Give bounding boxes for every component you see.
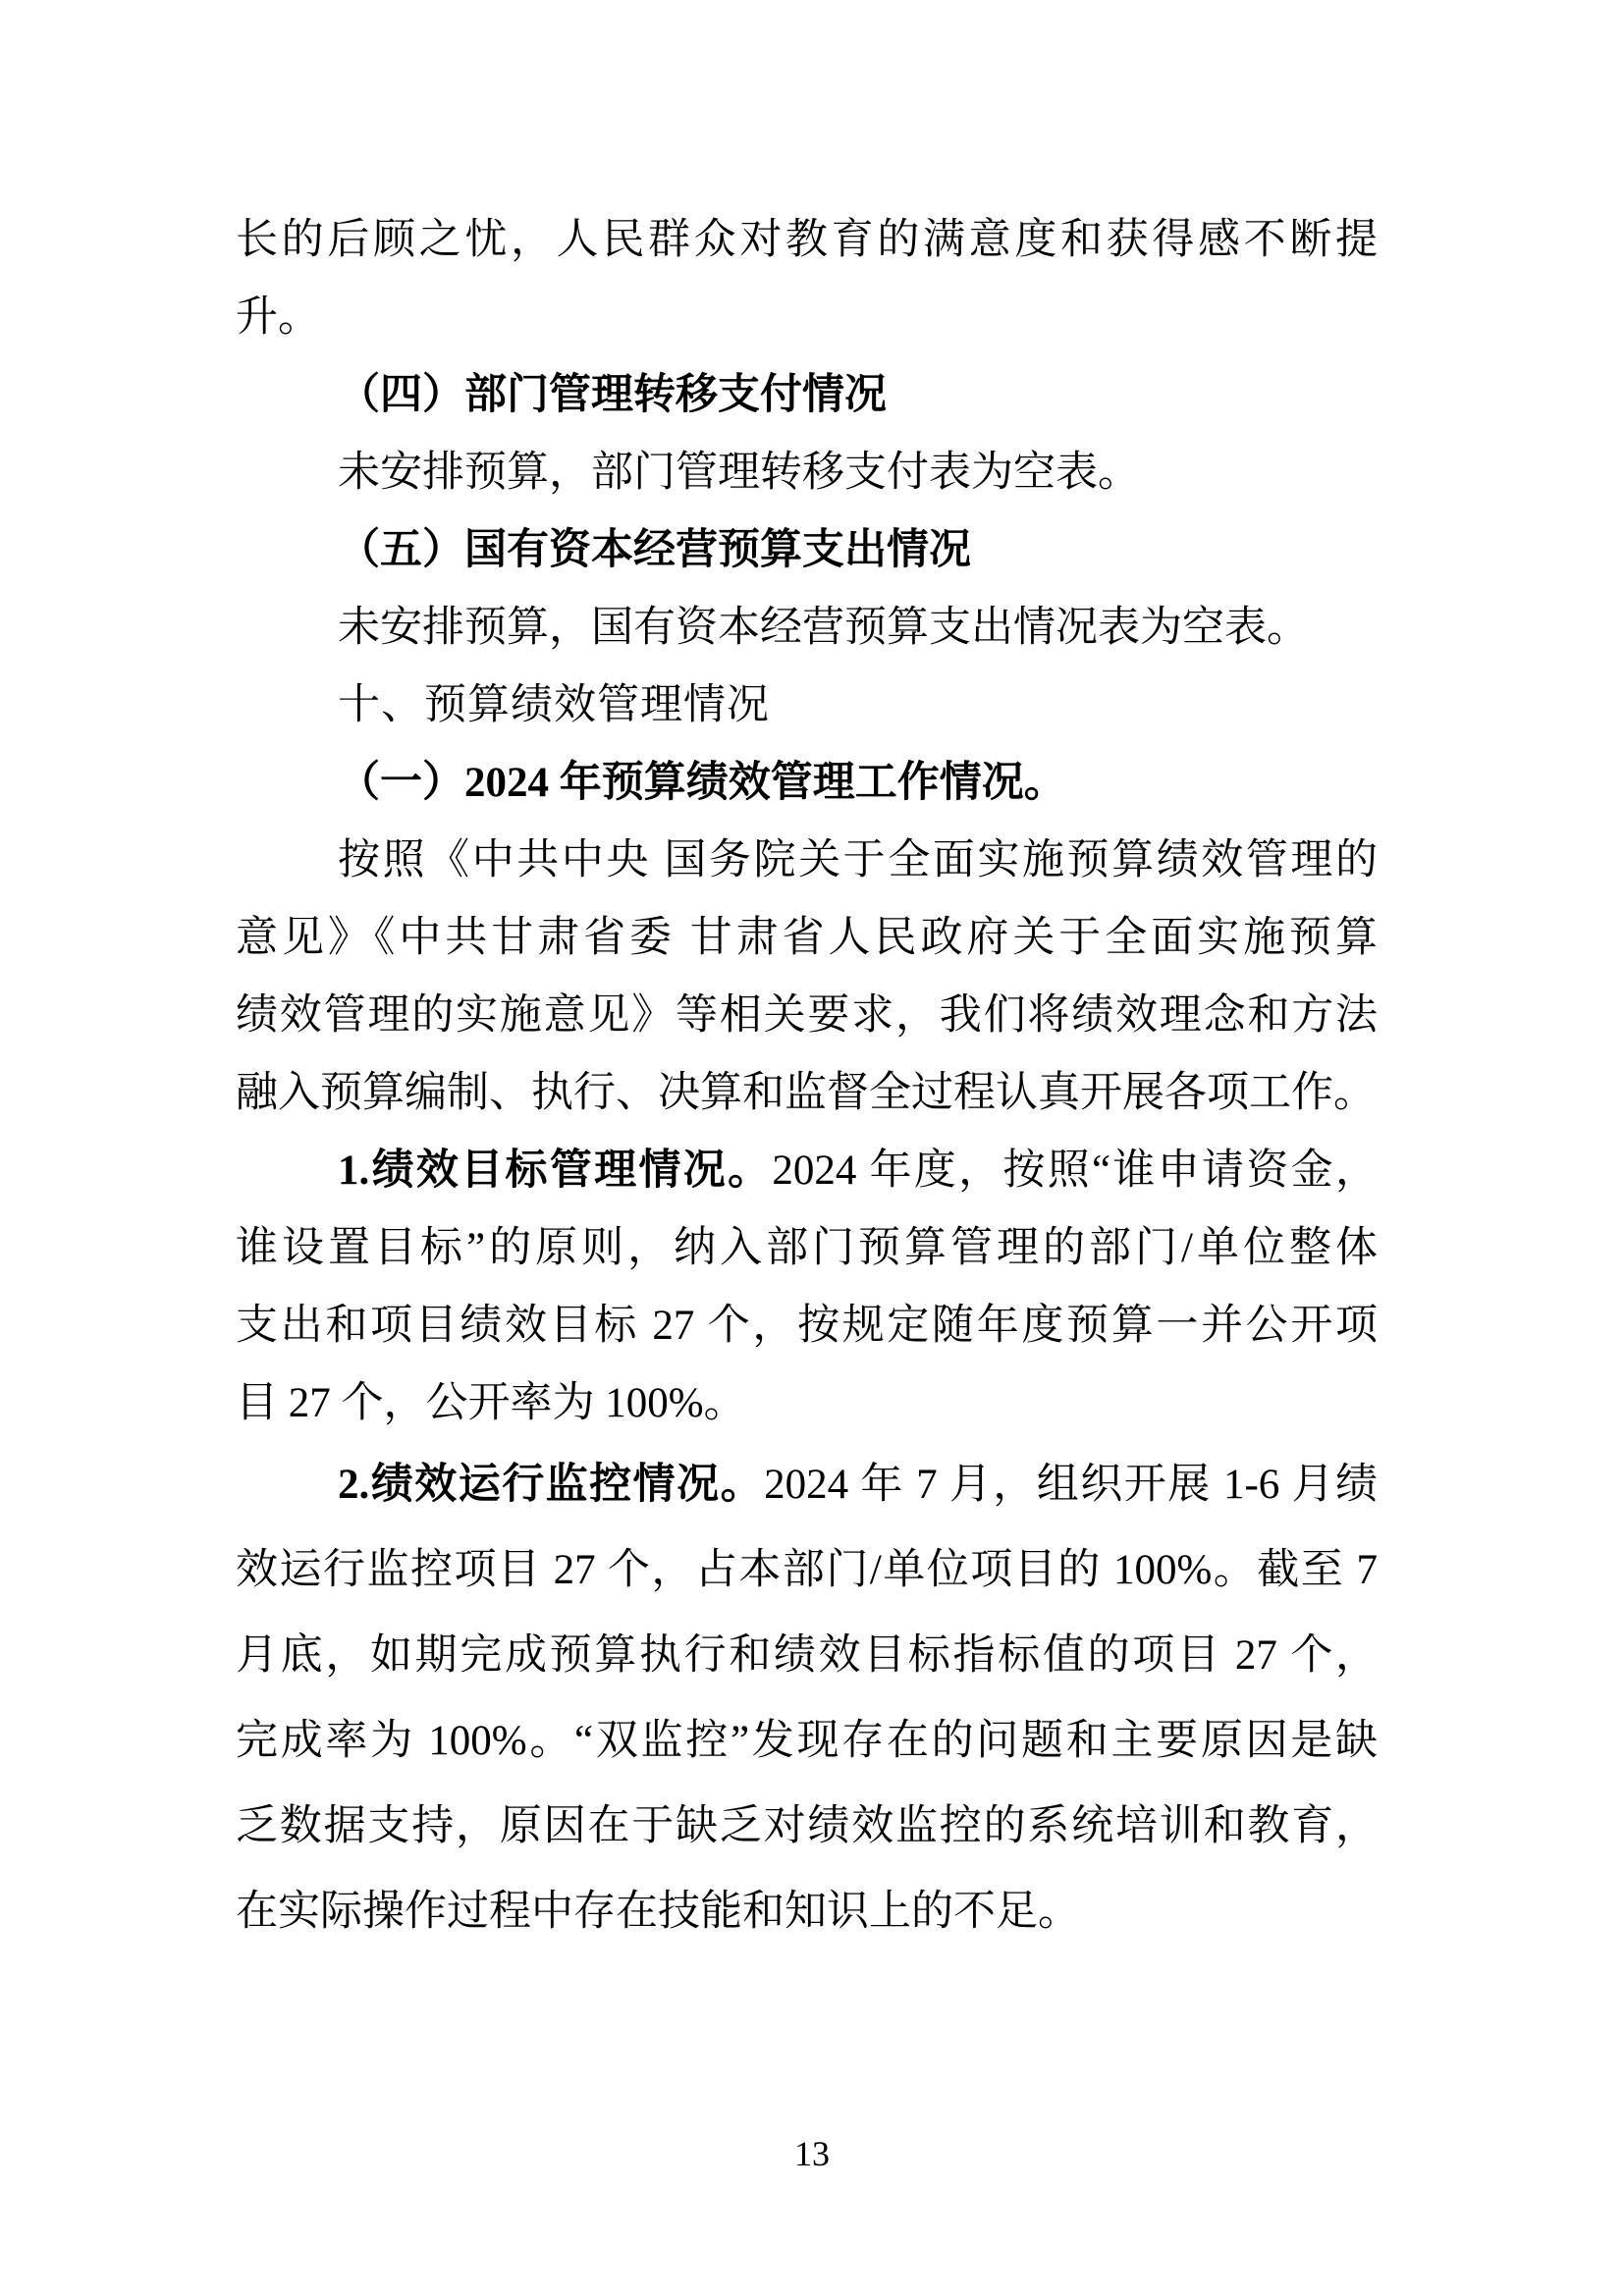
subheading-part-5: （五）国有资本经营预算支出情况 bbox=[236, 511, 1378, 589]
body-line: 1.绩效目标管理情况。2024 年度，按照“谁申请资金， bbox=[236, 1132, 1378, 1209]
document-page: 长的后顾之忧，人民群众对教育的满意度和获得感不断提 升。 （四）部门管理转移支付… bbox=[0, 0, 1624, 2296]
body-line: 乏数据支持，原因在于缺乏对绩效监控的系统培训和教育， bbox=[236, 1784, 1378, 1869]
body-line: 完成率为 100%。“双监控”发现存在的问题和主要原因是缺 bbox=[236, 1698, 1378, 1784]
body-line: 长的后顾之忧，人民群众对教育的满意度和获得感不断提 bbox=[236, 201, 1378, 279]
body-line: 2.绩效运行监控情况。2024 年 7 月，组织开展 1-6 月绩 bbox=[236, 1442, 1378, 1527]
body-line: 绩效管理的实施意见》等相关要求，我们将绩效理念和方法 bbox=[236, 977, 1378, 1054]
page-number: 13 bbox=[0, 2130, 1624, 2177]
section-heading-10: 十、预算绩效管理情况 bbox=[236, 667, 1378, 744]
body-line: 按照《中共中央 国务院关于全面实施预算绩效管理的 bbox=[236, 822, 1378, 899]
text-run: 2024 年度，按照“谁申请资金， bbox=[772, 1148, 1378, 1194]
subheading-part-1: （一）2024 年预算绩效管理工作情况。 bbox=[236, 744, 1378, 822]
body-line: 在实际操作过程中存在技能和知识上的不足。 bbox=[236, 1869, 1378, 1954]
body-line: 升。 bbox=[236, 279, 1378, 356]
body-line: 效运行监控项目 27 个，占本部门/单位项目的 100%。截至 7 bbox=[236, 1527, 1378, 1613]
body-line: 融入预算编制、执行、决算和监督全过程认真开展各项工作。 bbox=[236, 1054, 1378, 1132]
body-line: 支出和项目绩效目标 27 个，按规定随年度预算一并公开项 bbox=[236, 1287, 1378, 1364]
subheading-part-4: （四）部门管理转移支付情况 bbox=[236, 356, 1378, 434]
text-run: 2024 年 7 月，组织开展 1-6 月绩 bbox=[764, 1462, 1378, 1508]
body-line: 月底，如期完成预算执行和绩效目标指标值的项目 27 个， bbox=[236, 1613, 1378, 1698]
body-line: 未安排预算，部门管理转移支付表为空表。 bbox=[236, 434, 1378, 511]
body-line: 目 27 个，公开率为 100%。 bbox=[236, 1364, 1378, 1442]
text-block: 长的后顾之忧，人民群众对教育的满意度和获得感不断提 升。 （四）部门管理转移支付… bbox=[236, 201, 1378, 1954]
bold-run-item-1: 1.绩效目标管理情况。 bbox=[338, 1148, 772, 1194]
bold-run-item-2: 2.绩效运行监控情况。 bbox=[338, 1462, 764, 1508]
body-line: 未安排预算，国有资本经营预算支出情况表为空表。 bbox=[236, 589, 1378, 667]
body-line: 谁设置目标”的原则，纳入部门预算管理的部门/单位整体 bbox=[236, 1209, 1378, 1287]
body-line: 意见》《中共甘肃省委 甘肃省人民政府关于全面实施预算 bbox=[236, 899, 1378, 977]
